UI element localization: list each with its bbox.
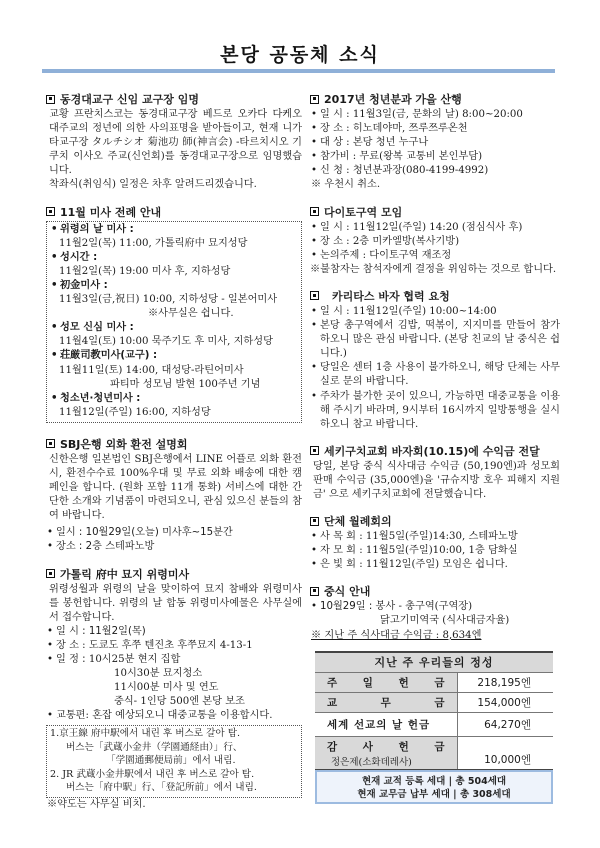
section-note: 착좌식(취임식) 일정은 차후 알려드리겠습니다. — [46, 178, 302, 192]
section-heading: 중식 안내 — [310, 584, 560, 599]
list-item: 장 소 : 2층 미카엘방(복사기방) — [310, 235, 560, 249]
lunch-revenue-note: ※ 지난 주 식사대금 수익금 : 8,634엔 — [310, 629, 560, 643]
section-heading: 세키구치교회 바자회(10.15)에 수익금 전달 — [310, 444, 560, 459]
list-item: 은 빛 회 : 11월12일(주일) 모임은 쉽니다. — [310, 558, 560, 572]
list-item: 장 소 : 도쿄도 후쭈 텐진초 후쭈묘지 4-13-1 — [46, 639, 302, 653]
list-item: 장소 : 2층 스테파노방 — [46, 540, 302, 554]
list-item: 일 시 : 11월12일(주일) 10:00~14:00 — [310, 305, 560, 319]
list-item: 대 상 : 본당 청년 누구나 — [310, 136, 560, 150]
table-row: 교무금 154,000엔 — [315, 692, 553, 712]
section-body: 위령성월과 위령의 날을 맞이하여 묘지 참배와 위령미사를 봉헌합니다. 위령… — [46, 583, 302, 625]
offering-table: 지난 주 우리들의 정성 주일헌금 218,195엔 교무금 154,000엔 … — [315, 651, 553, 771]
list-item: 본당 총구역에서 김밥, 떡볶이, 지지미를 만들어 참가하오니 많은 관심 바… — [310, 319, 560, 361]
section-taito-meeting: 다이토구역 모임 일 시 : 11월12일(주일) 14:20 (점심식사 후)… — [310, 205, 560, 277]
left-column: 동경대교구 신임 교구장 임명 교황 프란치스코는 동경대교구장 베드로 오카다… — [46, 92, 302, 824]
mass-item: 성시간 : 11월2일(목) 19:00 미사 후, 지하성당 — [50, 251, 298, 279]
section-heading: SBJ은행 외화 환전 설명회 — [46, 437, 302, 452]
section-lunch-info: 중식 안내 10월29일 : 봉사 - 총구역(구역장) 닭고기미역국 (식사대… — [310, 584, 560, 642]
square-bullet-icon — [310, 207, 319, 216]
section-cemetery-mass: 가톨릭 府中 묘지 위령미사 위령성월과 위령의 날을 맞이하여 묘지 참배와 … — [46, 567, 302, 813]
square-bullet-icon — [310, 446, 319, 455]
household-summary: 현재 교적 등록 세대 | 총 504세대 현재 교무금 납부 세대 | 총 3… — [315, 770, 553, 804]
mass-item: 荘厳司教미사(교구) : 11월11일(토) 14:00, 대성당-라틴어미사 … — [50, 349, 298, 391]
list-item: 참가비 : 무료(왕복 교통비 본인부담) — [310, 150, 560, 164]
square-bullet-icon — [310, 95, 319, 104]
list-item: 일시 : 10월29일(오늘) 미사후~15분간 — [46, 526, 302, 540]
section-archbishop: 동경대교구 신임 교구장 임명 교황 프란치스코는 동경대교구장 베드로 오카다… — [46, 92, 302, 193]
list-item: 일 시 : 11월2일(목) — [46, 625, 302, 639]
mass-schedule-box: 위령의 날 미사 : 11월2일(목) 11:00, 가톨릭府中 묘지성당 성시… — [46, 221, 302, 423]
section-caritas-bazaar: 카리타스 바자 협력 요청 일 시 : 11월12일(주일) 10:00~14:… — [310, 289, 560, 432]
table-row: 주일헌금 218,195엔 — [315, 672, 553, 692]
square-bullet-icon — [310, 517, 319, 526]
list-item: 주차가 불가한 곳이 있으니, 가능하면 대중교통을 이용해 주시기 바라며, … — [310, 390, 560, 432]
section-heading: 11월 미사 전례 안내 — [46, 205, 302, 220]
mass-item: 청소년·청년미사 : 11월12일(주일) 16:00, 지하성당 — [50, 392, 298, 420]
section-note: ※ 우천시 취소. — [310, 178, 560, 192]
square-bullet-icon — [46, 439, 55, 448]
section-note: ※약도는 사무실 비치. — [46, 798, 302, 812]
mass-item: 위령의 날 미사 : 11월2일(목) 11:00, 가톨릭府中 묘지성당 — [50, 223, 298, 251]
section-heading: 단체 월례회의 — [310, 514, 560, 529]
right-column: 2017년 청년분과 가을 산행 일 시 : 11월3일(금, 문화의 날) 8… — [310, 92, 560, 655]
list-item: 교통편: 혼잡 예상되오니 대중교통을 이용합시다. — [46, 709, 302, 723]
list-item: 논의주제 : 다이토구역 재조정 — [310, 249, 560, 263]
section-sbj-bank: SBJ은행 외화 환전 설명회 신한은행 일본법인 SBJ은행에서 LINE 어… — [46, 437, 302, 555]
section-heading: 카리타스 바자 협력 요청 — [310, 289, 560, 304]
list-item: 10월29일 : 봉사 - 총구역(구역장) — [310, 600, 560, 614]
list-item: 신 청 : 청년분과장(080-4199-4992) — [310, 164, 560, 178]
section-monthly-meetings: 단체 월례회의 사 목 회 : 11월5일(주일)14:30, 스테파노방 자 … — [310, 514, 560, 572]
list-item: 자 모 회 : 11월5일(주일)10:00, 1층 담화실 — [310, 544, 560, 558]
section-heading: 가톨릭 府中 묘지 위령미사 — [46, 567, 302, 582]
section-note: ※불참자는 참석자에게 결정을 위임하는 것으로 합니다. — [310, 263, 560, 277]
list-item: 사 목 회 : 11월5일(주일)14:30, 스테파노방 — [310, 530, 560, 544]
directions-box: 1.京王線 府中駅에서 내린 후 버스로 갈아 탐. 버스는「武蔵小金井（学園通… — [46, 725, 302, 798]
page-title: 본당 공동체 소식 — [0, 40, 600, 67]
mass-item: 初金미사 : 11월3일(금,祝日) 10:00, 지하성당 - 일본어미사 ※… — [50, 279, 298, 321]
table-title: 지난 주 우리들의 정성 — [315, 652, 553, 672]
square-bullet-icon — [46, 569, 55, 578]
list-item: 당일은 센터 1층 사용이 불가하오니, 해당 단체는 사무실로 문의 바랍니다… — [310, 361, 560, 389]
section-body: 신한은행 일본법인 SBJ은행에서 LINE 어플로 외화 환전시, 환전수수료… — [46, 453, 302, 523]
section-body: 교황 프란치스코는 동경대교구장 베드로 오카다 다케오 대주교의 정년에 의한… — [46, 108, 302, 178]
list-item: 일 시 : 11월12일(주일) 14:20 (점심식사 후) — [310, 221, 560, 235]
section-heading: 동경대교구 신임 교구장 임명 — [46, 92, 302, 107]
square-bullet-icon — [310, 291, 319, 300]
square-bullet-icon — [46, 207, 55, 216]
list-item: 장 소 : 히노데야마, 쯔루쯔루온천 — [310, 122, 560, 136]
section-heading: 2017년 청년분과 가을 산행 — [310, 92, 560, 107]
list-item: 일 정 : 10시25분 현지 집합 — [46, 653, 302, 667]
table-row: 세계 선교의 날 헌금 64,270엔 — [315, 712, 553, 736]
mass-item: 성모 신심 미사 : 11월4일(토) 10:00 묵주기도 후 미사, 지하성… — [50, 321, 298, 349]
square-bullet-icon — [46, 95, 55, 104]
title-divider — [42, 69, 555, 73]
section-youth-hiking: 2017년 청년분과 가을 산행 일 시 : 11월3일(금, 문화의 날) 8… — [310, 92, 560, 193]
section-heading: 다이토구역 모임 — [310, 205, 560, 220]
section-body: 당일, 본당 중식 식사대금 수익금 (50,190엔)과 성모회 판매 수익금… — [310, 460, 560, 502]
section-sekiguchi-bazaar: 세키구치교회 바자회(10.15)에 수익금 전달 당일, 본당 중식 식사대금… — [310, 444, 560, 502]
list-item: 일 시 : 11월3일(금, 문화의 날) 8:00~20:00 — [310, 108, 560, 122]
section-november-mass: 11월 미사 전례 안내 위령의 날 미사 : 11월2일(목) 11:00, … — [46, 205, 302, 423]
square-bullet-icon — [310, 587, 319, 596]
table-row: 감사헌금 정은제(소화데레사) 10,000엔 — [315, 736, 553, 770]
